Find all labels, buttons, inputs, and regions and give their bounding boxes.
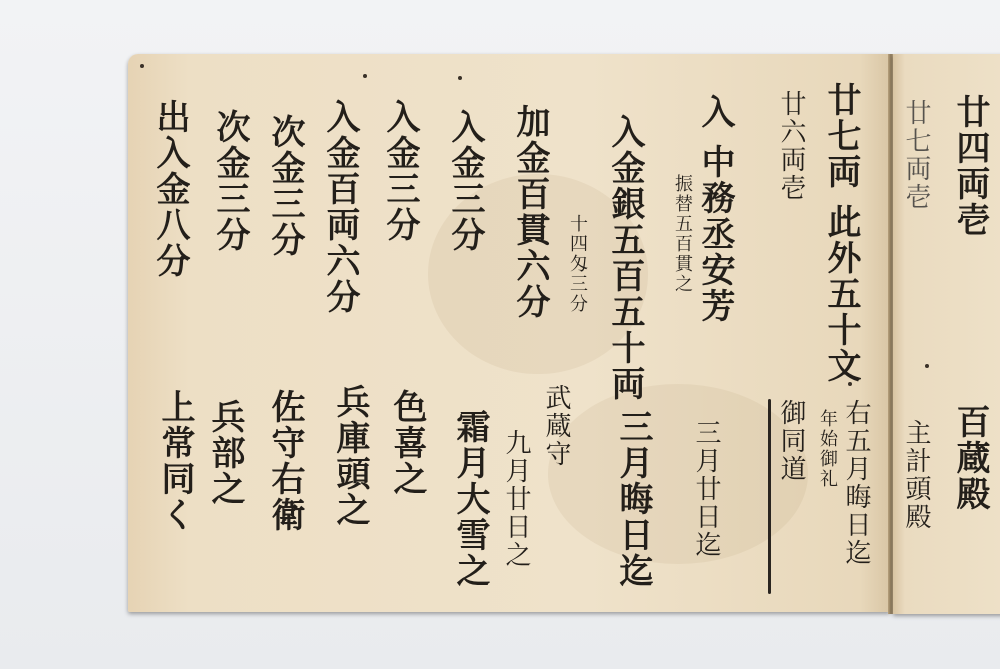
text-column: 上常同く xyxy=(158,389,192,533)
text-column: 右五月晦日迄 xyxy=(843,399,869,567)
right-page: 廿四両壱 廿七両壱 百蔵殿 主計頭殿 xyxy=(893,54,1000,614)
text-column: 次金三分 xyxy=(213,109,247,253)
text-column: 振替五百貫之 xyxy=(673,174,691,294)
vertical-rule xyxy=(768,399,771,594)
wormhole xyxy=(458,76,462,80)
text-column: 入金百両六分 xyxy=(323,99,357,315)
text-column: 色喜之 xyxy=(390,389,424,497)
text-column: 入 中務丞安芳 xyxy=(698,94,732,324)
text-column: 十四匁三分 xyxy=(568,214,586,314)
text-column: 入金三分 xyxy=(448,109,482,253)
text-column: 三月晦日迄 xyxy=(616,409,650,589)
text-column: 九月廿日之 xyxy=(503,429,529,569)
wormhole xyxy=(925,364,929,368)
text-column: 入金三分 xyxy=(383,99,417,243)
text-column: 廿七両 此外五十文 xyxy=(824,82,858,384)
text-column: 年始御礼 xyxy=(818,409,836,489)
wormhole xyxy=(140,64,144,68)
text-column: 入金銀五百五十両 xyxy=(608,114,642,402)
text-column: 加金百貫六分 xyxy=(513,104,547,320)
left-page: 廿七両 此外五十文 廿六両壱 入 中務丞安芳 入金銀五百五十両 振替五百貫之 十… xyxy=(128,54,890,612)
text-column: 次金三分 xyxy=(268,114,302,258)
text-column: 百蔵殿 xyxy=(953,404,987,512)
text-column: 武蔵守 xyxy=(543,384,569,468)
text-column: 廿四両壱 xyxy=(953,94,987,238)
text-column: 佐守右衛 xyxy=(268,389,302,533)
text-column: 兵庫頭之 xyxy=(333,384,367,528)
text-column: 出入金八分 xyxy=(153,99,187,279)
text-column: 霜月大雪之 xyxy=(453,409,487,589)
wormhole xyxy=(363,74,367,78)
text-column: 御同道 xyxy=(778,399,804,483)
text-column: 廿七両壱 xyxy=(903,99,929,211)
text-column: 廿六両壱 xyxy=(778,90,804,202)
wormhole xyxy=(848,382,852,386)
text-column: 主計頭殿 xyxy=(903,419,929,531)
text-column: 三月廿日迄 xyxy=(693,419,719,559)
text-column: 兵部之 xyxy=(208,399,242,507)
